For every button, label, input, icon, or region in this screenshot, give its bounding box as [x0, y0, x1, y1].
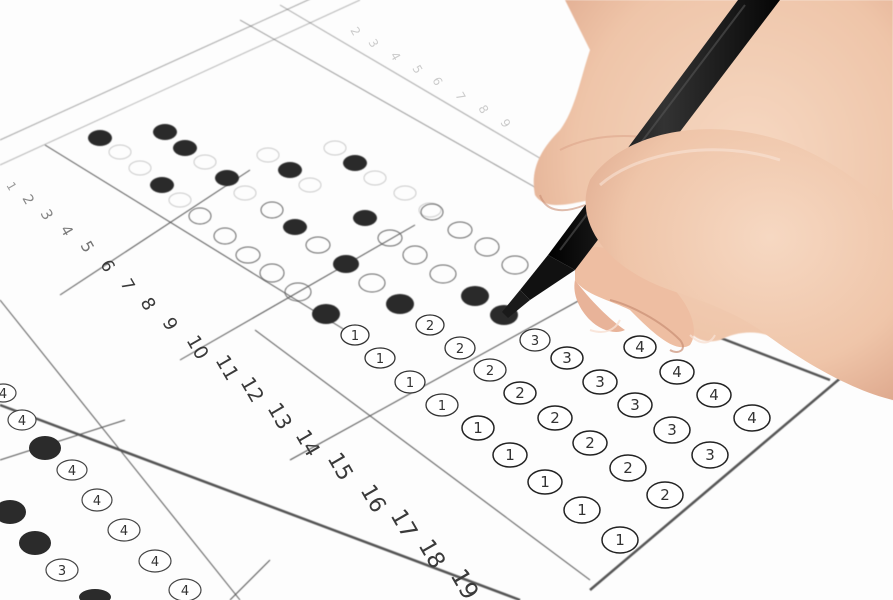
svg-text:11: 11 — [211, 351, 245, 385]
svg-text:1: 1 — [376, 352, 384, 367]
svg-text:10: 10 — [182, 332, 213, 364]
svg-text:5: 5 — [409, 63, 425, 77]
svg-text:4: 4 — [0, 387, 7, 402]
svg-text:1: 1 — [406, 376, 414, 391]
svg-text:2: 2 — [486, 364, 494, 379]
svg-text:4: 4 — [68, 464, 76, 479]
svg-text:4: 4 — [635, 338, 645, 356]
svg-text:4: 4 — [151, 555, 159, 570]
svg-text:8: 8 — [475, 103, 491, 117]
filled-bubble — [312, 304, 340, 324]
svg-text:1: 1 — [3, 180, 19, 194]
svg-text:9: 9 — [497, 117, 513, 131]
svg-text:4: 4 — [120, 524, 128, 539]
svg-text:19: 19 — [445, 564, 485, 600]
svg-text:1: 1 — [540, 473, 550, 491]
filled-bubble — [173, 140, 197, 156]
filled-bubble — [353, 210, 377, 226]
svg-text:4: 4 — [18, 414, 26, 429]
svg-text:2: 2 — [515, 384, 525, 402]
svg-text:16: 16 — [355, 481, 391, 518]
svg-text:4: 4 — [747, 409, 757, 427]
svg-text:2: 2 — [456, 342, 464, 357]
faded-top-numbers: 2 3 4 5 6 7 8 9 — [347, 25, 513, 131]
svg-text:15: 15 — [322, 449, 358, 486]
svg-text:2: 2 — [623, 459, 633, 477]
svg-text:4: 4 — [57, 222, 77, 239]
svg-text:3: 3 — [58, 564, 66, 579]
filled-bubble — [215, 170, 239, 186]
svg-text:7: 7 — [116, 276, 139, 295]
svg-text:9: 9 — [158, 314, 182, 334]
bubbles-block-q1-5 — [88, 124, 441, 217]
photo-scene: 1 2 3 4 5 6 7 8 9 10 11 12 13 14 15 16 1… — [0, 0, 893, 600]
filled-bubble — [153, 124, 177, 140]
svg-text:7: 7 — [452, 90, 468, 104]
filled-bubble — [343, 155, 367, 171]
svg-text:14: 14 — [291, 426, 325, 461]
bubbles-block-q6-10 — [189, 202, 528, 325]
svg-text:1: 1 — [351, 329, 359, 344]
svg-text:1: 1 — [577, 501, 587, 519]
filled-bubble — [0, 500, 26, 524]
svg-text:4: 4 — [387, 50, 403, 64]
svg-text:12: 12 — [236, 373, 270, 407]
svg-text:1: 1 — [505, 446, 515, 464]
svg-text:1: 1 — [615, 531, 625, 549]
svg-text:2: 2 — [426, 319, 434, 334]
svg-text:3: 3 — [630, 396, 640, 414]
svg-text:4: 4 — [672, 363, 682, 381]
svg-text:5: 5 — [77, 238, 99, 256]
svg-text:2: 2 — [585, 434, 595, 452]
svg-text:6: 6 — [96, 257, 119, 276]
filled-bubble — [461, 286, 489, 306]
filled-bubble — [283, 219, 307, 235]
filled-bubble — [150, 177, 174, 193]
svg-text:3: 3 — [365, 37, 381, 51]
filled-bubble — [278, 162, 302, 178]
svg-text:4: 4 — [181, 584, 189, 599]
svg-text:17: 17 — [385, 505, 422, 543]
svg-text:3: 3 — [531, 334, 539, 349]
svg-text:2: 2 — [550, 409, 560, 427]
filled-bubble — [386, 294, 414, 314]
svg-text:2: 2 — [19, 192, 37, 208]
svg-text:4: 4 — [93, 494, 101, 509]
svg-text:3: 3 — [705, 446, 715, 464]
svg-text:4: 4 — [709, 386, 719, 404]
svg-text:1: 1 — [438, 399, 446, 414]
svg-text:3: 3 — [37, 206, 57, 223]
svg-text:3: 3 — [562, 349, 572, 367]
filled-bubble — [79, 589, 111, 600]
svg-text:13: 13 — [263, 399, 297, 434]
filled-bubble — [29, 436, 61, 460]
bubbles-block-q16-20: 1 1 1 1 1 2 2 2 2 2 3 3 3 3 3 4 4 4 4 — [462, 336, 770, 553]
svg-text:2: 2 — [660, 486, 670, 504]
filled-bubble — [88, 130, 112, 146]
filled-bubble — [19, 531, 51, 555]
svg-text:3: 3 — [595, 373, 605, 391]
svg-text:18: 18 — [413, 535, 450, 573]
svg-text:3: 3 — [667, 421, 677, 439]
svg-text:1: 1 — [473, 419, 483, 437]
bubbles-left-column: 4 4 4 4 4 4 3 4 — [0, 384, 201, 600]
answer-sheet-illustration: 1 2 3 4 5 6 7 8 9 10 11 12 13 14 15 16 1… — [0, 0, 893, 600]
svg-text:2: 2 — [347, 25, 363, 39]
svg-text:6: 6 — [429, 75, 445, 89]
svg-text:8: 8 — [136, 294, 160, 314]
filled-bubble — [333, 255, 359, 273]
